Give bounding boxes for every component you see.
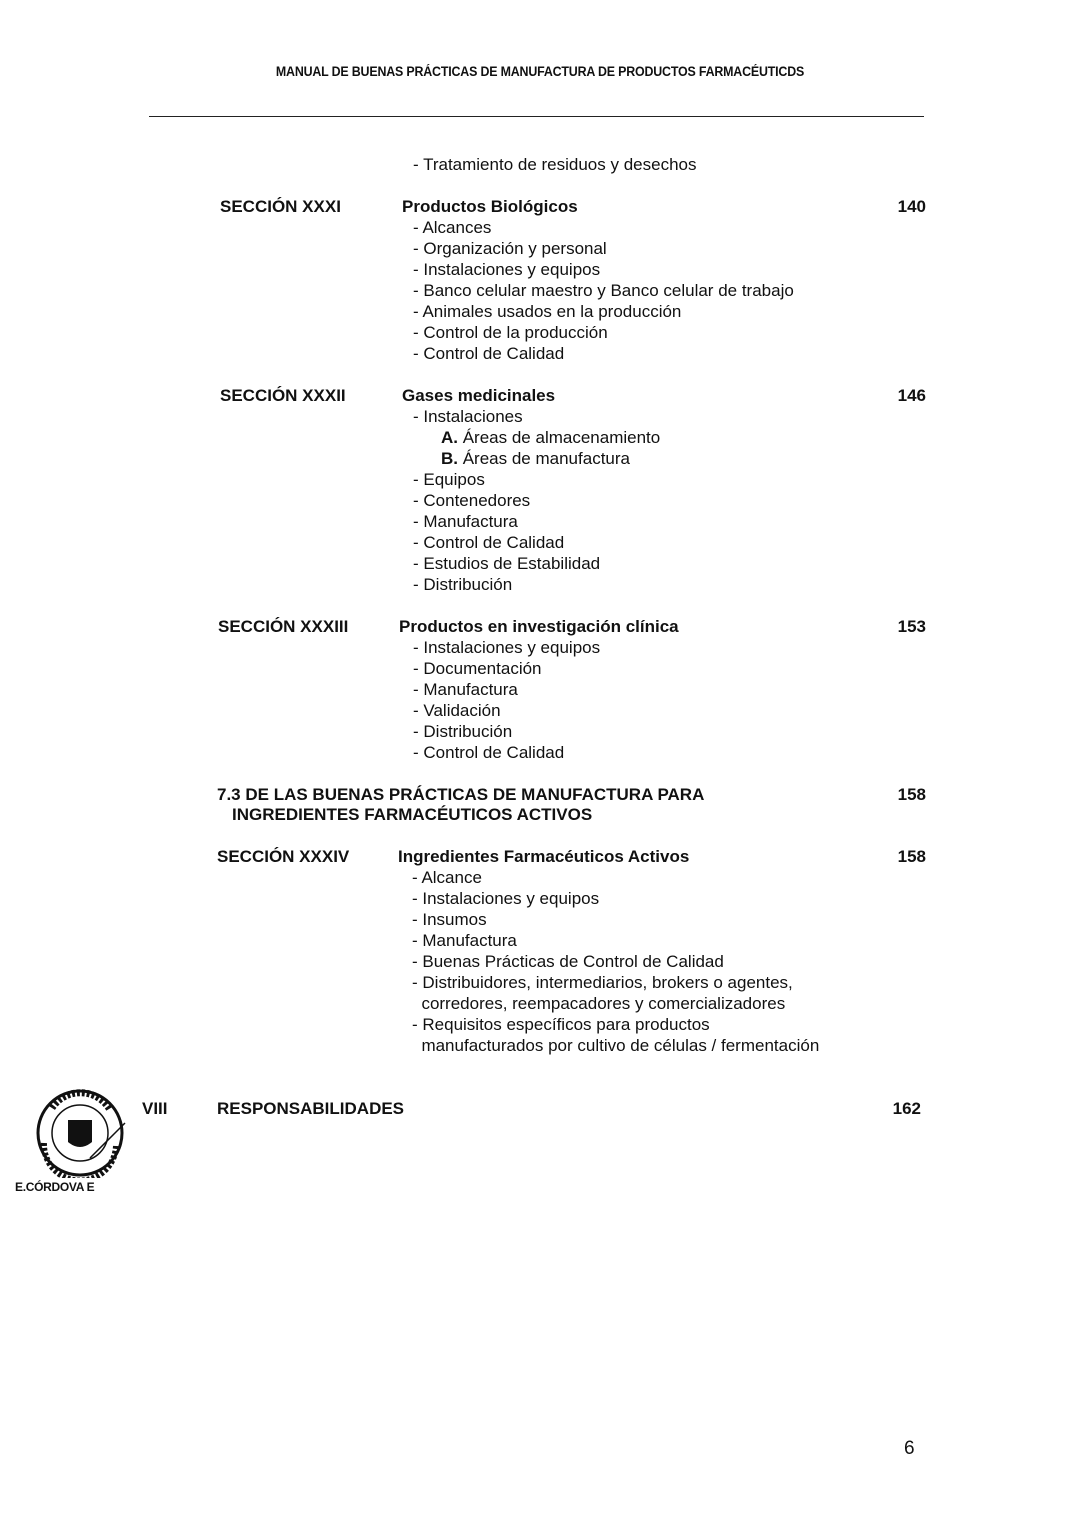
toc-item: - Instalaciones y equipos: [412, 888, 599, 909]
page-number: 6: [904, 1438, 915, 1460]
chapter-number: VIII: [142, 1098, 168, 1119]
toc-item: - Control de Calidad: [413, 343, 564, 364]
toc-subitem: A. Áreas de almacenamiento: [441, 427, 660, 448]
toc-item: - Requisitos específicos para productos: [412, 1014, 710, 1035]
section-label: SECCIÓN XXXII: [220, 385, 346, 406]
toc-item: corredores, reempacadores y comercializa…: [412, 993, 785, 1014]
toc-item: - Organización y personal: [413, 238, 607, 259]
toc-item: - Instalaciones y equipos: [413, 259, 600, 280]
chapter-heading: 7.3 DE LAS BUENAS PRÁCTICAS DE MANUFACTU…: [217, 784, 704, 805]
toc-item: - Distribución: [413, 721, 512, 742]
section-title: Ingredientes Farmacéuticos Activos: [398, 846, 689, 867]
toc-item: - Animales usados en la producción: [413, 301, 681, 322]
document-header: MANUAL DE BUENAS PRÁCTICAS DE MANUFACTUR…: [43, 64, 1037, 79]
toc-item: - Manufactura: [413, 511, 518, 532]
toc-item: - Buenas Prácticas de Control de Calidad: [412, 951, 724, 972]
official-seal-icon: [30, 1088, 130, 1178]
header-rule: [149, 116, 924, 117]
toc-item: - Tratamiento de residuos y desechos: [413, 154, 696, 175]
chapter-page: 158: [898, 784, 926, 805]
toc-item: - Alcance: [412, 867, 482, 888]
toc-item: - Control de Calidad: [413, 742, 564, 763]
toc-item: - Instalaciones: [413, 406, 523, 427]
signature-name: E.CÓRDOVA E: [15, 1180, 94, 1194]
toc-item: - Distribución: [413, 574, 512, 595]
section-title: Productos en investigación clínica: [399, 616, 679, 637]
toc-subitem: B. Áreas de manufactura: [441, 448, 630, 469]
toc-item: - Insumos: [412, 909, 487, 930]
chapter-page: 162: [893, 1098, 921, 1119]
toc-item: - Validación: [413, 700, 501, 721]
section-page: 140: [898, 196, 926, 217]
section-title: Productos Biológicos: [402, 196, 578, 217]
section-label: SECCIÓN XXXIII: [218, 616, 348, 637]
toc-item: - Manufactura: [412, 930, 517, 951]
toc-item: - Alcances: [413, 217, 491, 238]
toc-item: - Instalaciones y equipos: [413, 637, 600, 658]
toc-item: - Estudios de Estabilidad: [413, 553, 600, 574]
section-page: 153: [898, 616, 926, 637]
toc-item: - Distribuidores, intermediarios, broker…: [412, 972, 793, 993]
toc-item: - Control de la producción: [413, 322, 608, 343]
section-label: SECCIÓN XXXI: [220, 196, 341, 217]
toc-item: - Banco celular maestro y Banco celular …: [413, 280, 794, 301]
chapter-heading-cont: INGREDIENTES FARMACÉUTICOS ACTIVOS: [232, 804, 592, 825]
section-page: 146: [898, 385, 926, 406]
chapter-title: RESPONSABILIDADES: [217, 1098, 404, 1119]
toc-item: - Contenedores: [413, 490, 530, 511]
toc-item: - Manufactura: [413, 679, 518, 700]
section-label: SECCIÓN XXXIV: [217, 846, 349, 867]
section-title: Gases medicinales: [402, 385, 555, 406]
toc-item: - Equipos: [413, 469, 485, 490]
section-page: 158: [898, 846, 926, 867]
toc-item: - Documentación: [413, 658, 542, 679]
toc-item: manufacturados por cultivo de células / …: [412, 1035, 819, 1056]
toc-item: - Control de Calidad: [413, 532, 564, 553]
